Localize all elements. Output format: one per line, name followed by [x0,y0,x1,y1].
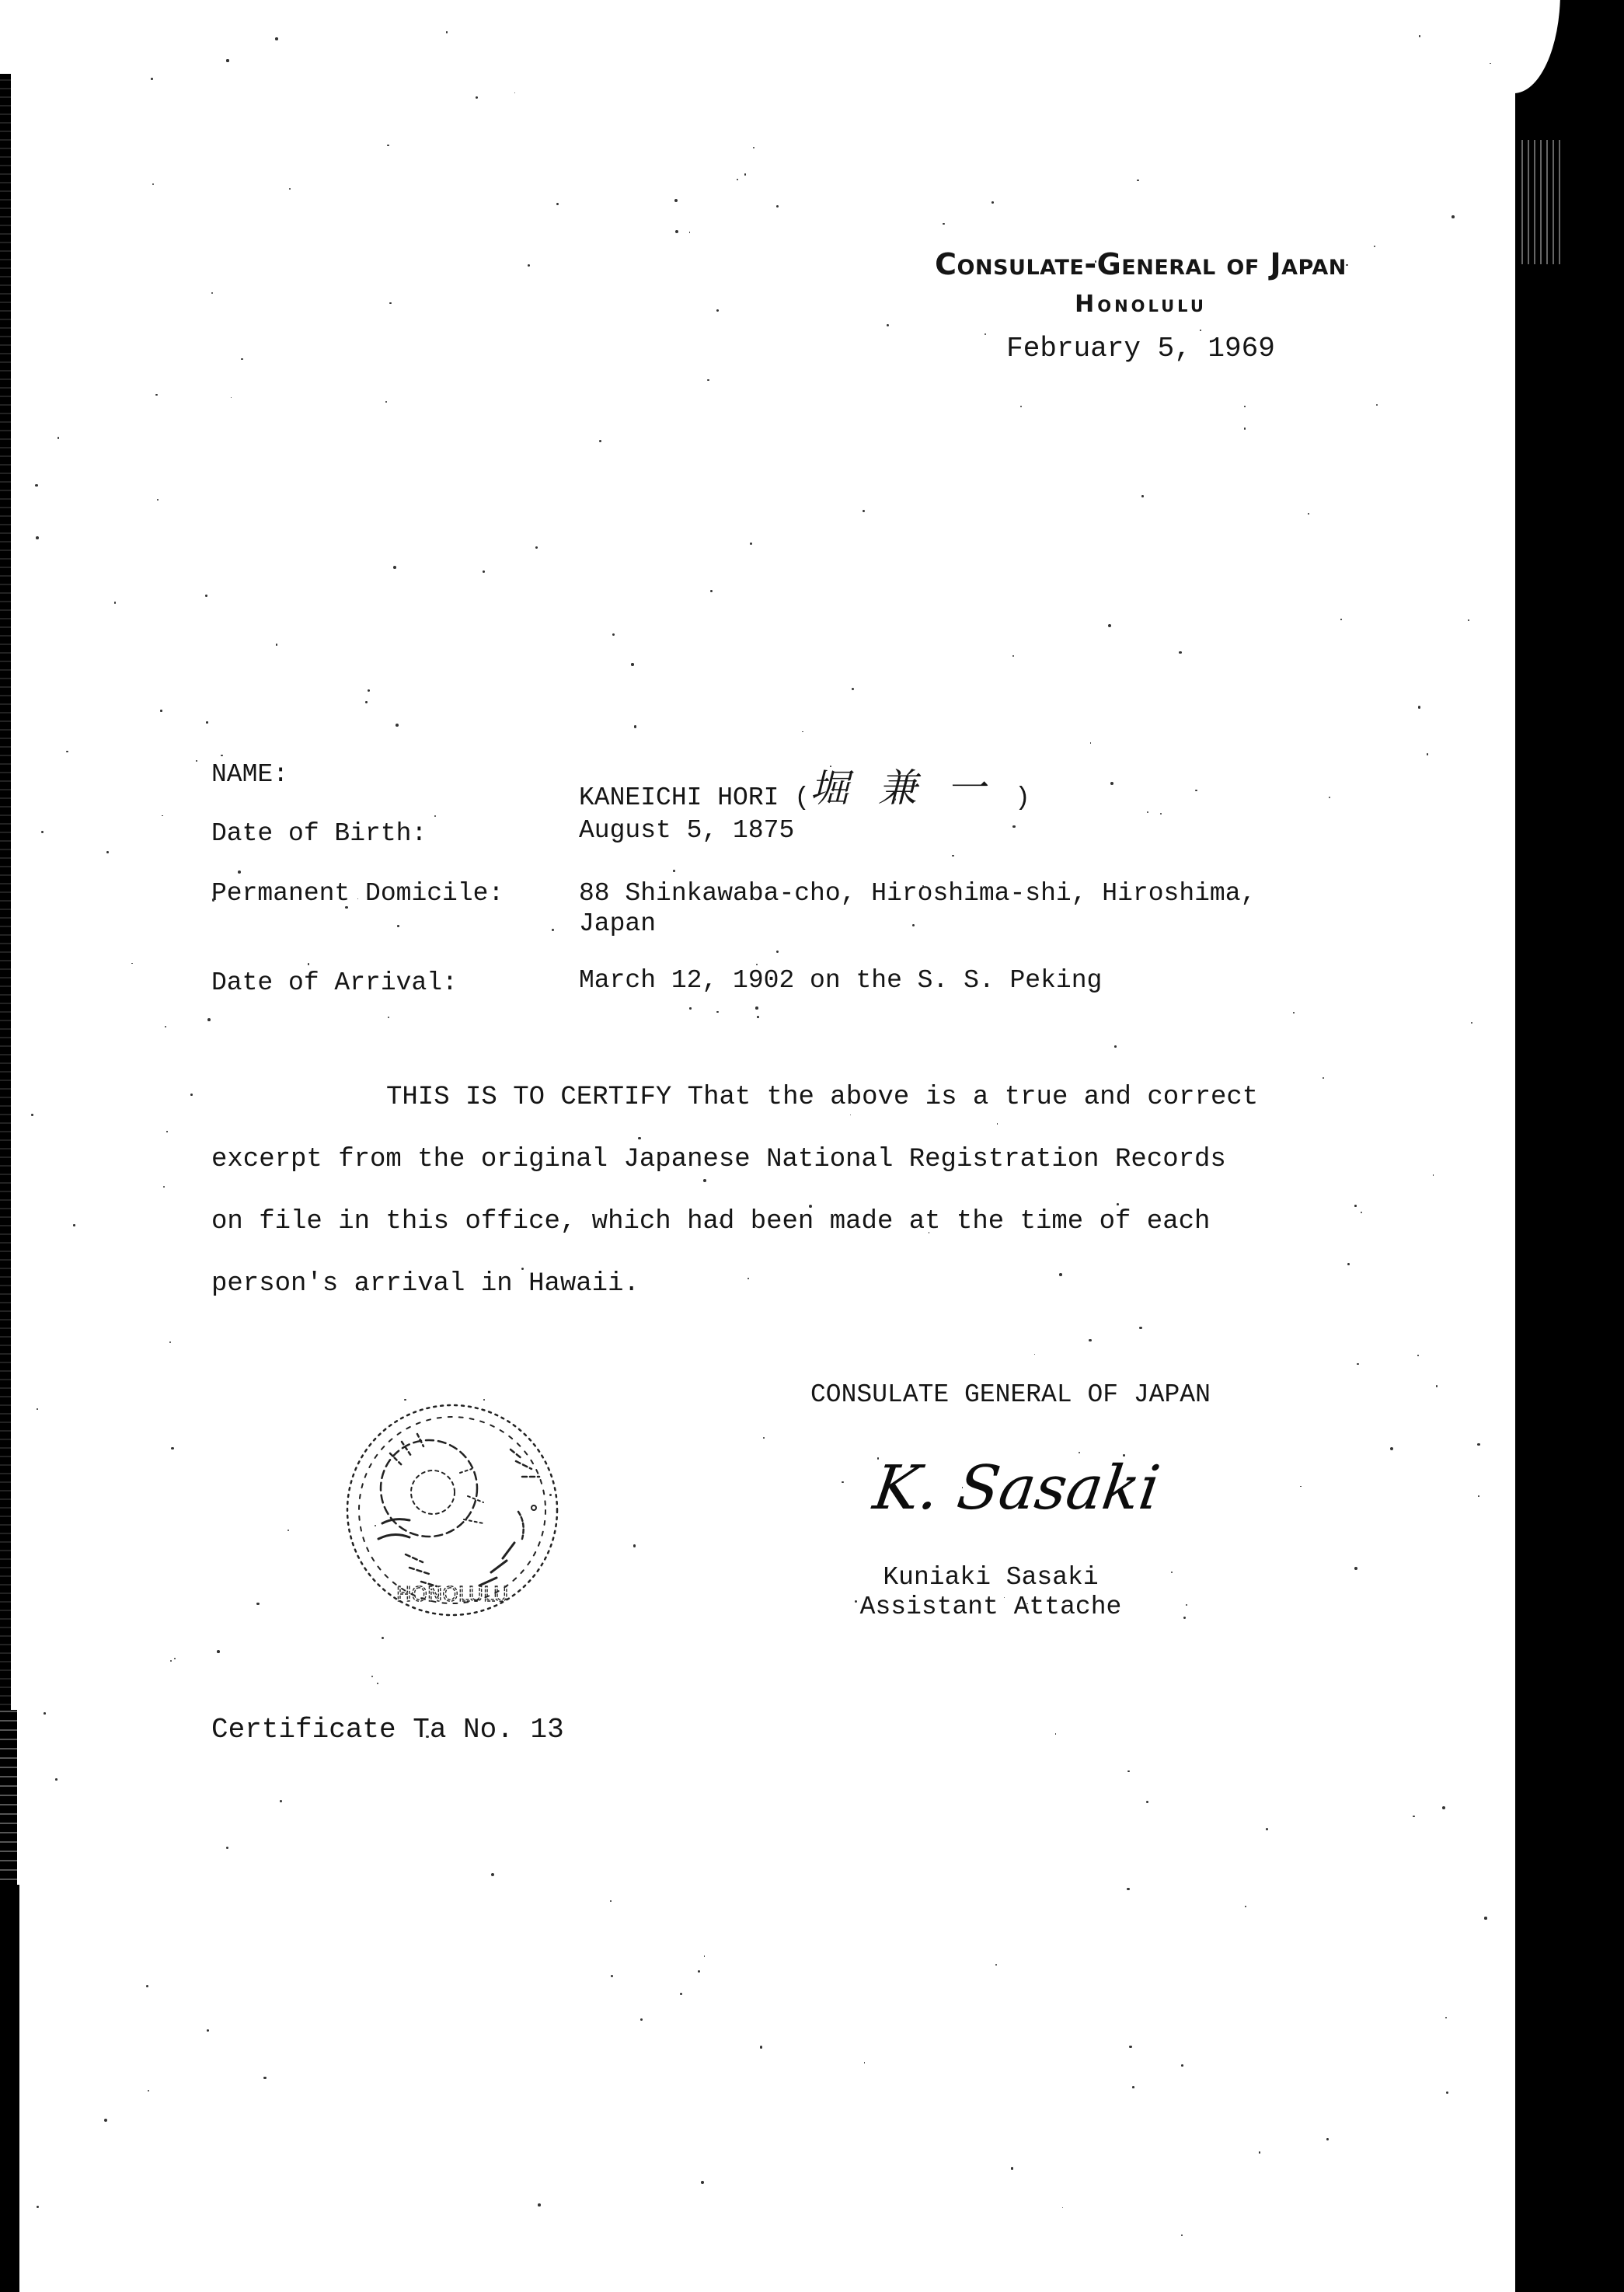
field-label-arrival: Date of Arrival: [211,968,458,997]
scan-edge-left [0,74,11,1889]
document-date: February 5, 1969 [911,333,1371,365]
field-value-domicile: 88 Shinkawaba-cho, Hiroshima-shi, Hirosh… [579,879,1256,908]
field-value-name: KANEICHI HORI (堀兼一) [579,760,1030,816]
letterhead-city: Honolulu [911,291,1371,318]
document-page: Consulate-General of Japan Honolulu Febr… [0,0,1624,2292]
official-seal-icon: HONOLULU [336,1395,569,1620]
certificate-number: Certificate Ta No. 13 [211,1714,564,1746]
field-label-birth: Date of Birth: [211,819,427,848]
scan-edge-texture [1519,140,1562,264]
field-label-name: NAME: [211,760,288,789]
field-label-domicile: Permanent Domicile: [211,879,504,908]
seal-text: HONOLULU [396,1583,508,1606]
signature-organization: CONSULATE GENERAL OF JAPAN [810,1380,1211,1409]
signatory-name: Kuniaki Sasaki [796,1563,1185,1592]
scan-edge-right [1515,0,1624,2292]
field-value-birth: August 5, 1875 [579,816,794,845]
scan-edge-left-low [0,1885,19,2292]
certification-line: THIS IS TO CERTIFY That the above is a t… [386,1083,1258,1112]
signatory-title: Assistant Attache [796,1593,1185,1621]
paren-open: ( [794,783,810,812]
letterhead-title: Consulate-General of Japan [911,247,1371,281]
field-value-domicile-line2: Japan [579,909,656,938]
field-value-arrival: March 12, 1902 on the S. S. Peking [579,966,1102,995]
certification-line: person's arrival in Hawaii. [211,1269,639,1299]
native-name-handwritten: 堀兼一 [810,766,1015,811]
romanized-name: KANEICHI HORI [579,783,779,812]
certification-line: excerpt from the original Japanese Natio… [211,1145,1226,1174]
certification-line: on file in this office, which had been m… [211,1207,1210,1237]
handwritten-signature: K. Sasaki [870,1453,1164,1523]
scan-edge-left-mid [0,1710,17,1885]
paren-close: ) [1015,783,1030,812]
